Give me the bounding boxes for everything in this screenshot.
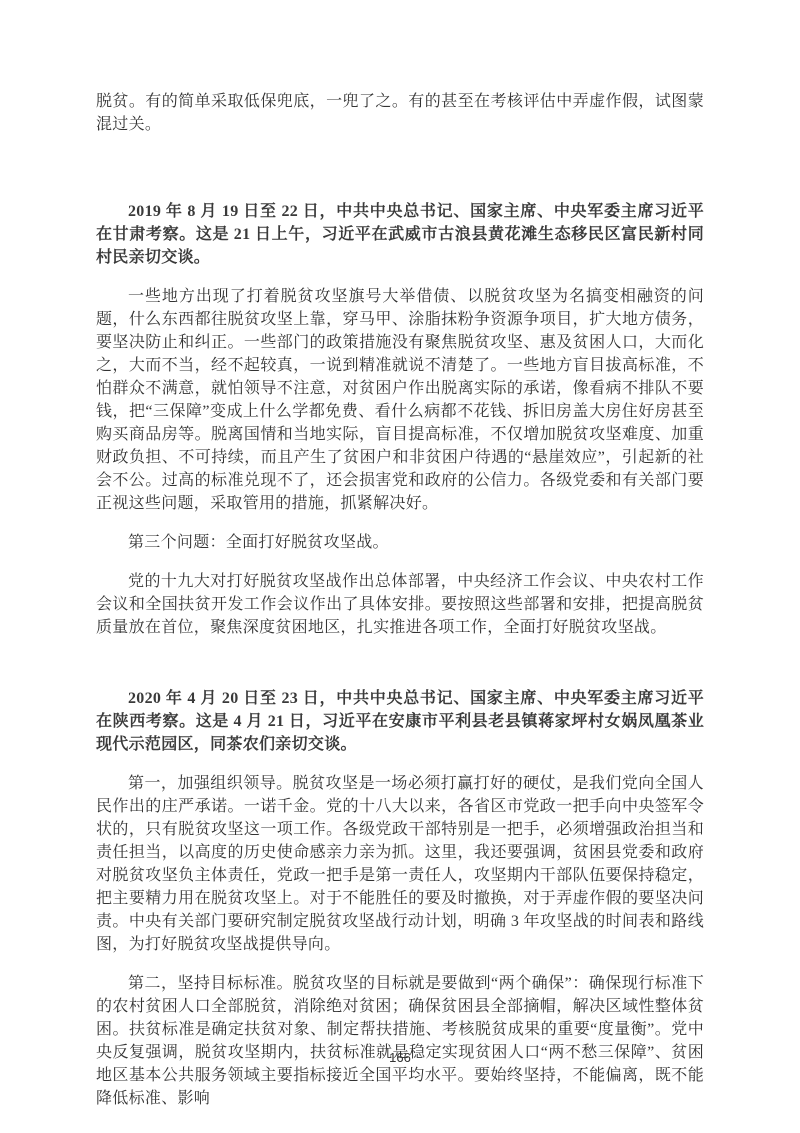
body-paragraph: 第二，坚持目标标准。脱贫攻坚的目标就是要做到“两个确保”：确保现行标准下的农村贫… [96,972,704,1110]
document-page: 脱贫。有的简单采取低保兜底，一兜了之。有的甚至在考核评估中弄虚作假，试图蒙混过关… [0,0,800,1133]
photo-caption-2019-gansu: 2019 年 8 月 19 日至 22 日，中共中央总书记、国家主席、中央军委主… [96,200,704,269]
body-paragraph: 一些地方出现了打着脱贫攻坚旗号大举借债、以脱贫攻坚为名搞变相融资的问题，什么东西… [96,285,704,515]
photo-caption-2020-shaanxi: 2020 年 4 月 20 日至 23 日，中共中央总书记、国家主席、中央军委主… [96,687,704,756]
text-column: 脱贫。有的简单采取低保兜底，一兜了之。有的甚至在考核评估中弄虚作假，试图蒙混过关… [96,0,704,1110]
body-paragraph-continuation: 脱贫。有的简单采取低保兜底，一兜了之。有的甚至在考核评估中弄虚作假，试图蒙混过关… [96,90,704,136]
body-paragraph: 党的十九大对打好脱贫攻坚战作出总体部署，中央经济工作会议、中央农村工作会议和全国… [96,570,704,639]
body-paragraph: 第一，加强组织领导。脱贫攻坚是一场必须打赢打好的硬仗，是我们党向全国人民作出的庄… [96,772,704,956]
page-number: 166 [0,1050,800,1065]
section-heading: 第三个问题：全面打好脱贫攻坚战。 [96,531,704,554]
